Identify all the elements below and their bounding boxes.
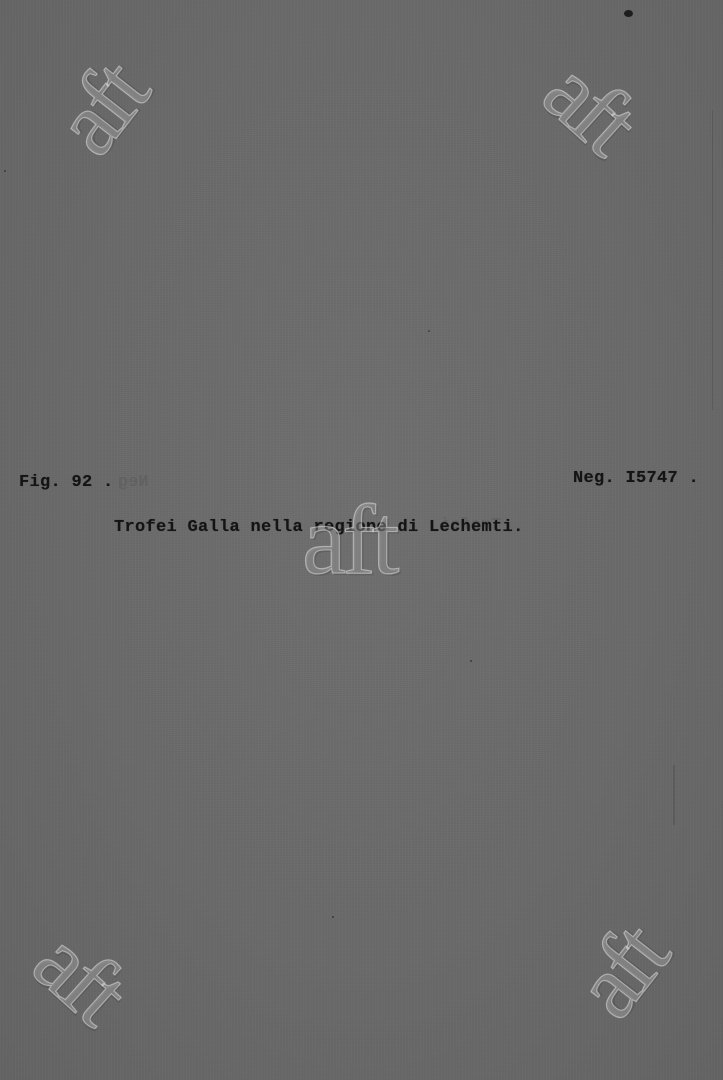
watermark-logo-center: aft	[302, 490, 395, 590]
dust-speck	[624, 10, 633, 17]
watermark-logo: aft	[528, 43, 653, 168]
watermark-logo: aft	[18, 913, 143, 1038]
dust-speck	[332, 916, 334, 918]
bleed-through-text: Neg	[118, 473, 149, 492]
watermark-logo: aft	[38, 46, 163, 170]
watermark-logo: aft	[558, 909, 683, 1033]
dust-speck	[428, 330, 430, 332]
film-scratch	[673, 765, 675, 825]
dust-speck	[4, 170, 6, 172]
negative-number: Neg. I5747 .	[573, 469, 699, 488]
figure-number: Fig. 92 .	[19, 473, 114, 492]
archival-photo-card: Neg Trofei aft aft aft aft Fig. 92 . Neg…	[0, 0, 723, 1080]
film-scratch	[712, 110, 713, 410]
dust-speck	[470, 660, 472, 662]
